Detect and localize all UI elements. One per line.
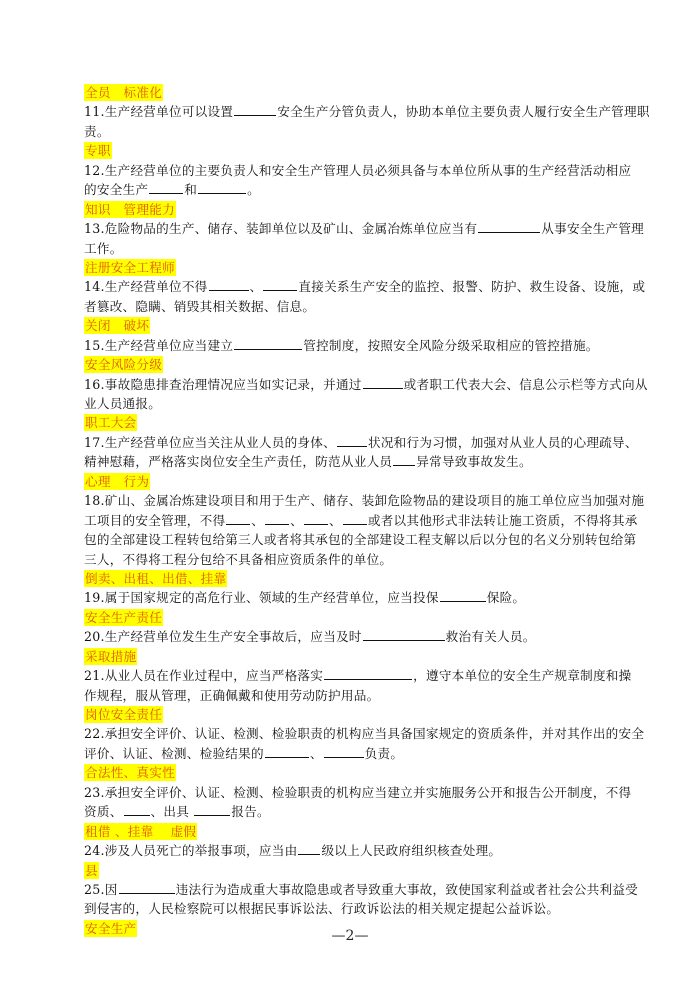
highlighted-answer: 全员 标准化	[84, 84, 163, 101]
fill-in-blank	[149, 181, 183, 194]
question-text: 、	[290, 513, 303, 528]
question-text: 三人，不得将工程分包给不具备相应资质条件的单位。	[84, 552, 392, 567]
answer-line: 安全生产责任	[84, 608, 618, 627]
question-text-line: 18.矿山、金属冶炼建设项目和用于生产、储存、装卸危险物品的建设项目的施工单位应…	[84, 491, 618, 510]
fill-in-blank	[234, 103, 276, 116]
highlighted-answer: 采取措施	[84, 648, 137, 665]
fill-in-blank	[198, 181, 246, 194]
question-text: 评价、认证、检测、检验结果的	[84, 746, 264, 761]
question-text-line: 24.涉及人员死亡的举报事项，应当由级以上人民政府组织核查处理。	[84, 841, 618, 860]
question-text: 15.生产经营单位应当建立	[84, 338, 233, 353]
question-24: 24.涉及人员死亡的举报事项，应当由级以上人民政府组织核查处理。	[84, 841, 618, 860]
question-21: 21.从业人员在作业过程中，应当严格落实，遵守本单位的安全生产规章制度和操作规程…	[84, 666, 618, 705]
question-17: 17.生产经营单位应当关注从业人员的身体、状况和行为习惯，加强对从业人员的心理疏…	[84, 433, 618, 472]
question-text: 直接关系生产安全的监控、报警、防护、救生设备、设施，或	[298, 279, 645, 294]
question-text: 和	[184, 182, 197, 197]
highlighted-answer: 心理 行为	[84, 473, 150, 490]
question-text: 异常导致事故发生。	[416, 454, 532, 469]
question-25: 25.因违法行为造成重大事故隐患或者导致重大事故，致使国家利益或者社会公共利益受…	[84, 880, 618, 919]
question-text: 20.生产经营单位发生生产安全事故后，应当及时	[84, 629, 362, 644]
question-text: 12.生产经营单位的主要负责人和安全生产管理人员必须具备与本单位所从事的生产经营…	[84, 163, 631, 178]
question-18: 18.矿山、金属冶炼建设项目和用于生产、储存、装卸危险物品的建设项目的施工单位应…	[84, 491, 618, 569]
question-14: 14.生产经营单位不得、直接关系生产安全的监控、报警、防护、救生设备、设施，或者…	[84, 277, 618, 316]
highlighted-answer: 知识 管理能力	[84, 201, 176, 218]
answer-line: 县	[84, 861, 618, 880]
question-text: 、出具	[151, 804, 194, 819]
question-text-line: 16.事故隐患排查治理情况应当如实记录，并通过或者职工代表大会、信息公示栏等方式…	[84, 375, 618, 394]
question-20: 20.生产经营单位发生生产安全事故后，应当及时救治有关人员。	[84, 627, 618, 646]
answer-line: 倒卖、出租、出借、挂靠	[84, 569, 618, 588]
question-text: 负责。	[365, 746, 404, 761]
question-text: 22.承担安全评价、认证、检测、检验职责的机构应当具备国家规定的资质条件，并对其…	[84, 726, 644, 741]
question-11: 11.生产经营单位可以设置安全生产分管负责人，协助本单位主要负责人履行安全生产管…	[84, 102, 618, 141]
question-text-line: 12.生产经营单位的主要负责人和安全生产管理人员必须具备与本单位所从事的生产经营…	[84, 161, 618, 180]
fill-in-blank	[324, 667, 412, 680]
highlighted-answer: 安全风险分级	[84, 356, 163, 373]
question-text-line: 20.生产经营单位发生生产安全事故后，应当及时救治有关人员。	[84, 627, 618, 646]
question-text-line: 17.生产经营单位应当关注从业人员的身体、状况和行为习惯，加强对从业人员的心理疏…	[84, 433, 618, 452]
question-text-line: 22.承担安全评价、认证、检测、检验职责的机构应当具备国家规定的资质条件，并对其…	[84, 724, 618, 743]
question-22: 22.承担安全评价、认证、检测、检验职责的机构应当具备国家规定的资质条件，并对其…	[84, 724, 618, 763]
question-text: 13.危险物品的生产、储存、装卸单位以及矿山、金属冶炼单位应当有	[84, 221, 477, 236]
fill-in-blank	[440, 589, 486, 602]
question-text-line: 精神慰藉，严格落实岗位安全生产责任，防范从业人员异常导致事故发生。	[84, 452, 618, 471]
question-text: 到侵害的，人民检察院可以根据民事诉讼法、行政诉讼法的相关规定提起公益诉讼。	[84, 901, 559, 916]
fill-in-blank	[263, 278, 297, 291]
fill-in-blank	[337, 434, 367, 447]
question-text: ，遵守本单位的安全生产规章制度和操	[413, 668, 631, 683]
fill-in-blank	[194, 803, 230, 816]
answer-line: 合法性、真实性	[84, 763, 618, 782]
fill-in-blank	[478, 220, 540, 233]
answer-line: 知识 管理能力	[84, 200, 618, 219]
question-text: 保险。	[487, 590, 526, 605]
highlighted-answer: 县	[84, 862, 99, 879]
answer-line: 注册安全工程师	[84, 258, 618, 277]
document-page: 全员 标准化11.生产经营单位可以设置安全生产分管负责人，协助本单位主要负责人履…	[84, 83, 618, 938]
question-text: 11.生产经营单位可以设置	[84, 104, 233, 119]
question-text: 17.生产经营单位应当关注从业人员的身体、	[84, 435, 336, 450]
question-text: 报告。	[231, 804, 270, 819]
question-16: 16.事故隐患排查治理情况应当如实记录，并通过或者职工代表大会、信息公示栏等方式…	[84, 375, 618, 414]
fill-in-blank	[324, 745, 364, 758]
question-text-line: 15.生产经营单位应当建立管控制度，按照安全风险分级采取相应的管控措施。	[84, 336, 618, 355]
question-23: 23.承担安全评价、认证、检测、检验职责的机构应当建立并实施服务公开和报告公开制…	[84, 783, 618, 822]
question-13: 13.危险物品的生产、储存、装卸单位以及矿山、金属冶炼单位应当有从事安全生产管理…	[84, 219, 618, 258]
question-text-line: 三人，不得将工程分包给不具备相应资质条件的单位。	[84, 550, 618, 569]
question-text: 或者职工代表大会、信息公示栏等方式向从	[404, 377, 648, 392]
fill-in-blank	[363, 376, 403, 389]
question-text: 24.涉及人员死亡的举报事项，应当由	[84, 843, 297, 858]
answer-line: 专职	[84, 141, 618, 160]
question-text: 。	[247, 182, 260, 197]
question-text-line: 评价、认证、检测、检验结果的、负责。	[84, 744, 618, 763]
fill-in-blank	[304, 512, 328, 525]
question-text: 16.事故隐患排查治理情况应当如实记录，并通过	[84, 377, 362, 392]
highlighted-answer: 关闭 破坏	[84, 317, 150, 334]
question-text-line: 责。	[84, 122, 618, 141]
question-text: 者篡改、隐瞒、销毁其相关数据、信息。	[84, 299, 315, 314]
fill-in-blank	[393, 453, 415, 466]
question-text-line: 资质、、出具 报告。	[84, 802, 618, 821]
question-text-line: 19.属于国家规定的高危行业、领域的生产经营单位，应当投保保险。	[84, 588, 618, 607]
question-15: 15.生产经营单位应当建立管控制度，按照安全风险分级采取相应的管控措施。	[84, 336, 618, 355]
question-text: 、	[310, 746, 323, 761]
highlighted-answer: 倒卖、出租、出借、挂靠	[84, 570, 227, 587]
fill-in-blank	[119, 881, 175, 894]
fill-in-blank	[265, 512, 289, 525]
highlighted-answer: 合法性、真实性	[84, 764, 176, 781]
answer-line: 安全风险分级	[84, 355, 618, 374]
highlighted-answer: 岗位安全责任	[84, 706, 163, 723]
question-text: 、	[329, 513, 342, 528]
question-text: 14.生产经营单位不得	[84, 279, 208, 294]
question-text-line: 23.承担安全评价、认证、检测、检验职责的机构应当建立并实施服务公开和报告公开制…	[84, 783, 618, 802]
question-text-line: 14.生产经营单位不得、直接关系生产安全的监控、报警、防护、救生设备、设施，或	[84, 277, 618, 296]
question-text: 包的全部建设工程转包给第三人或者将其承包的全部建设工程支解以后以分包的名义分别转…	[84, 532, 636, 547]
answer-line: 岗位安全责任	[84, 705, 618, 724]
question-text: 违法行为造成重大事故隐患或者导致重大事故，致使国家利益或者社会公共利益受	[176, 882, 638, 897]
question-text: 工作。	[84, 241, 123, 256]
question-text: 状况和行为习惯，加强对从业人员的心理疏导、	[368, 435, 638, 450]
question-text-line: 25.因违法行为造成重大事故隐患或者导致重大事故，致使国家利益或者社会公共利益受	[84, 880, 618, 899]
fill-in-blank	[209, 278, 249, 291]
question-text: 19.属于国家规定的高危行业、领域的生产经营单位，应当投保	[84, 590, 439, 605]
question-text-line: 者篡改、隐瞒、销毁其相关数据、信息。	[84, 297, 618, 316]
question-text-line: 11.生产经营单位可以设置安全生产分管负责人，协助本单位主要负责人履行安全生产管…	[84, 102, 618, 121]
question-text-line: 13.危险物品的生产、储存、装卸单位以及矿山、金属冶炼单位应当有从事安全生产管理	[84, 219, 618, 238]
answer-line: 租借 、挂靠 虚假	[84, 822, 618, 841]
question-text-line: 21.从业人员在作业过程中，应当严格落实，遵守本单位的安全生产规章制度和操	[84, 666, 618, 685]
question-text: 从事安全生产管理	[541, 221, 644, 236]
page-number: —2—	[0, 928, 700, 944]
highlighted-answer: 安全生产责任	[84, 609, 163, 626]
question-text-line: 包的全部建设工程转包给第三人或者将其承包的全部建设工程支解以后以分包的名义分别转…	[84, 530, 618, 549]
question-text: 级以上人民政府组织核查处理。	[321, 843, 501, 858]
fill-in-blank	[226, 512, 250, 525]
question-text-line: 工项目的安全管理，不得、、、或者以其他形式非法转让施工资质，不得将其承	[84, 511, 618, 530]
question-text-line: 到侵害的，人民检察院可以根据民事诉讼法、行政诉讼法的相关规定提起公益诉讼。	[84, 899, 618, 918]
question-text-line: 工作。	[84, 239, 618, 258]
question-text: 责。	[84, 124, 110, 139]
question-text: 、	[251, 513, 264, 528]
fill-in-blank	[343, 512, 367, 525]
question-text: 18.矿山、金属冶炼建设项目和用于生产、储存、装卸危险物品的建设项目的施工单位应…	[84, 493, 644, 508]
question-text: 23.承担安全评价、认证、检测、检验职责的机构应当建立并实施服务公开和报告公开制…	[84, 785, 631, 800]
answer-line: 采取措施	[84, 647, 618, 666]
question-text: 安全生产分管负责人，协助本单位主要负责人履行安全生产管理职	[277, 104, 649, 119]
answer-line: 心理 行为	[84, 472, 618, 491]
fill-in-blank	[298, 842, 320, 855]
question-text: 、	[250, 279, 263, 294]
fill-in-blank	[265, 745, 309, 758]
question-text: 精神慰藉，严格落实岗位安全生产责任，防范从业人员	[84, 454, 392, 469]
highlighted-answer: 注册安全工程师	[84, 259, 176, 276]
question-19: 19.属于国家规定的高危行业、领域的生产经营单位，应当投保保险。	[84, 588, 618, 607]
fill-in-blank	[234, 337, 302, 350]
question-text: 作规程，服从管理，正确佩戴和使用劳动防护用品。	[84, 688, 379, 703]
question-12: 12.生产经营单位的主要负责人和安全生产管理人员必须具备与本单位所从事的生产经营…	[84, 161, 618, 200]
answer-line: 关闭 破坏	[84, 316, 618, 335]
question-text-line: 的安全生产和。	[84, 180, 618, 199]
question-text: 业人员通报。	[84, 396, 161, 411]
question-text: 25.因	[84, 882, 118, 897]
question-text: 的安全生产	[84, 182, 148, 197]
fill-in-blank	[363, 628, 445, 641]
highlighted-answer: 职工大会	[84, 414, 137, 431]
highlighted-answer: 租借 、挂靠 虚假	[84, 823, 197, 840]
question-text: 救治有关人员。	[446, 629, 536, 644]
highlighted-answer: 专职	[84, 142, 112, 159]
answer-line: 全员 标准化	[84, 83, 618, 102]
question-text: 或者以其他形式非法转让施工资质，不得将其承	[368, 513, 638, 528]
answer-line: 职工大会	[84, 413, 618, 432]
question-text: 资质、	[84, 804, 123, 819]
question-text-line: 业人员通报。	[84, 394, 618, 413]
question-text: 工项目的安全管理，不得	[84, 513, 225, 528]
question-text-line: 作规程，服从管理，正确佩戴和使用劳动防护用品。	[84, 686, 618, 705]
question-text: 管控制度，按照安全风险分级采取相应的管控措施。	[303, 338, 598, 353]
fill-in-blank	[124, 803, 150, 816]
question-text: 21.从业人员在作业过程中，应当严格落实	[84, 668, 323, 683]
